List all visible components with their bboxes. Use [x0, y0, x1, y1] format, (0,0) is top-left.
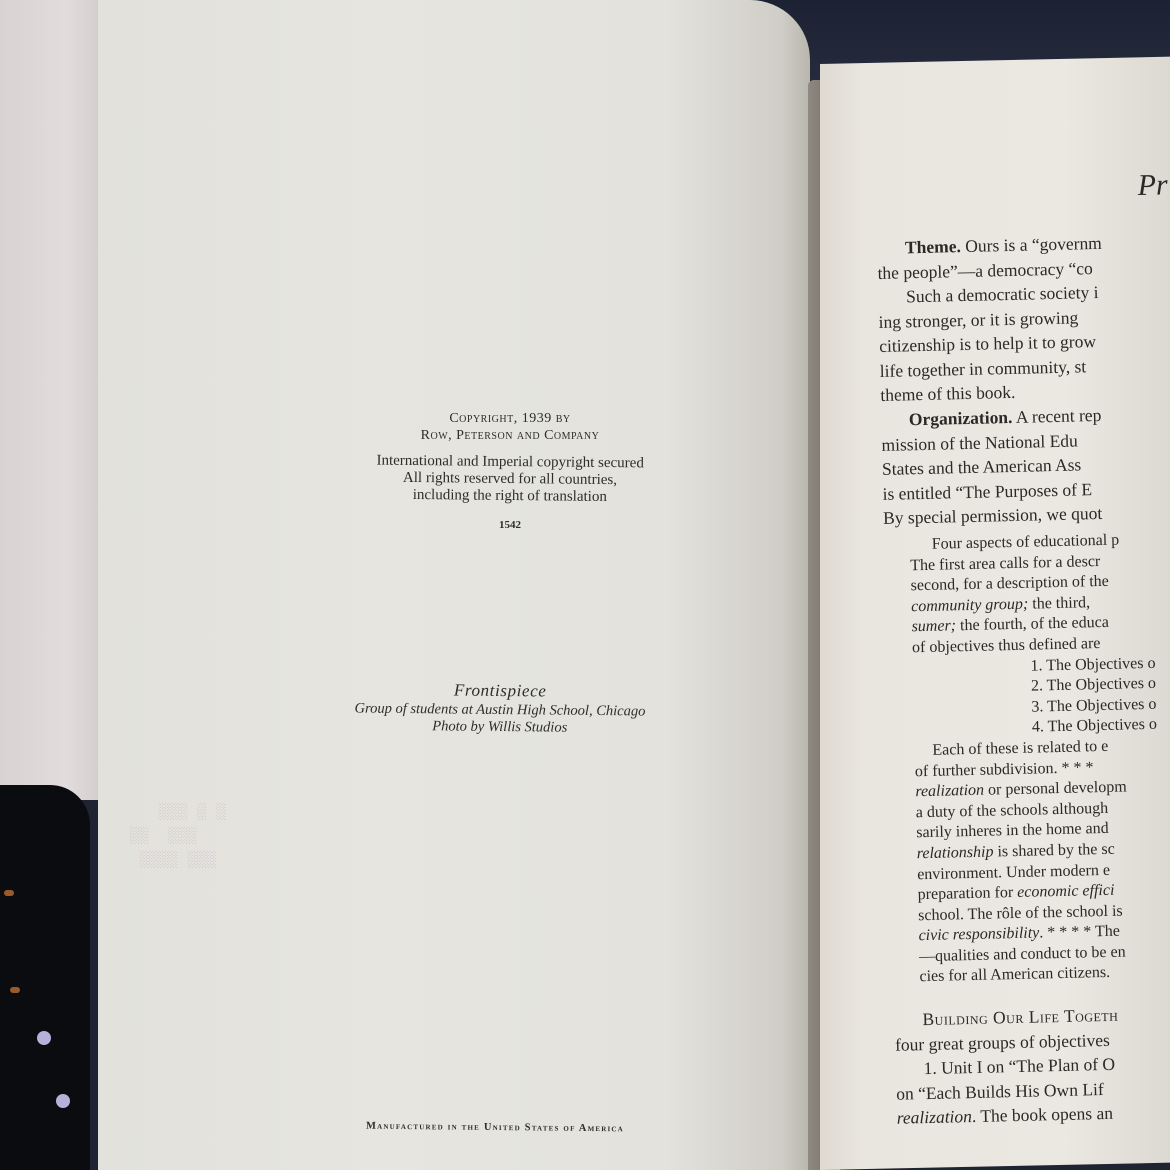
- print-code: 1542: [330, 519, 690, 531]
- decoration-dot: [4, 890, 14, 896]
- preface-title: Pr: [1137, 173, 1168, 198]
- rights-statement: International and Imperial copyright sec…: [330, 452, 691, 507]
- italic-term: economic effici: [1017, 882, 1115, 901]
- text-line: is shared by the sc: [993, 841, 1115, 861]
- text-line: or personal developm: [984, 779, 1127, 799]
- rights-line: including the right of translation: [330, 486, 690, 507]
- decoration-dot: [56, 1094, 70, 1108]
- organization-heading: Organization.: [909, 407, 1013, 429]
- italic-term: civic responsibility: [918, 925, 1039, 945]
- italic-term: sumer;: [911, 618, 956, 636]
- text-line: preparation for: [917, 884, 1017, 903]
- decoration-dot: [10, 987, 20, 993]
- dark-object: [0, 785, 90, 1170]
- organization-paragraph: Organization. A recent rep mission of th…: [881, 403, 1104, 530]
- decoration-dot: [37, 1031, 51, 1045]
- italic-term: realization: [897, 1106, 973, 1128]
- frontispiece-block: Frontispiece Group of students at Austin…: [300, 678, 701, 738]
- faded-stamp: ░░░ ░ ░ ░░ ░░░ ░░░░ ░░░: [130, 800, 330, 920]
- publisher-line: Row, Peterson and Company: [330, 427, 690, 444]
- preface-text: Pr Theme. Ours is a “governm the people”…: [875, 153, 1170, 1169]
- cloth-background: [0, 0, 110, 800]
- text-line: the fourth, of the educa: [956, 614, 1109, 634]
- left-page: [98, 0, 810, 1170]
- italic-term: community group;: [911, 595, 1029, 615]
- text-line: A recent rep: [1012, 405, 1101, 427]
- italic-term: realization: [915, 782, 984, 801]
- theme-heading: Theme.: [905, 236, 961, 257]
- text-line: the third,: [1028, 594, 1090, 612]
- theme-paragraph: Theme. Ours is a “governm the people”—a …: [877, 231, 1106, 408]
- copyright-block: Copyright, 1939 by Row, Peterson and Com…: [330, 410, 690, 531]
- quoted-passage: Four aspects of educational p The first …: [910, 530, 1163, 988]
- text-line: By special permission, we quot: [883, 501, 1104, 530]
- text-line: . The book opens an: [972, 1103, 1114, 1126]
- copyright-line: Copyright, 1939 by: [330, 410, 690, 427]
- building-paragraph: Building Our Life Togeth four great grou…: [894, 1003, 1121, 1131]
- text-line: . * * * * The: [1039, 923, 1120, 942]
- text-line: cies for all American citizens.: [919, 962, 1162, 988]
- italic-term: relationship: [917, 843, 994, 862]
- text-line: Ours is a “governm: [961, 233, 1102, 256]
